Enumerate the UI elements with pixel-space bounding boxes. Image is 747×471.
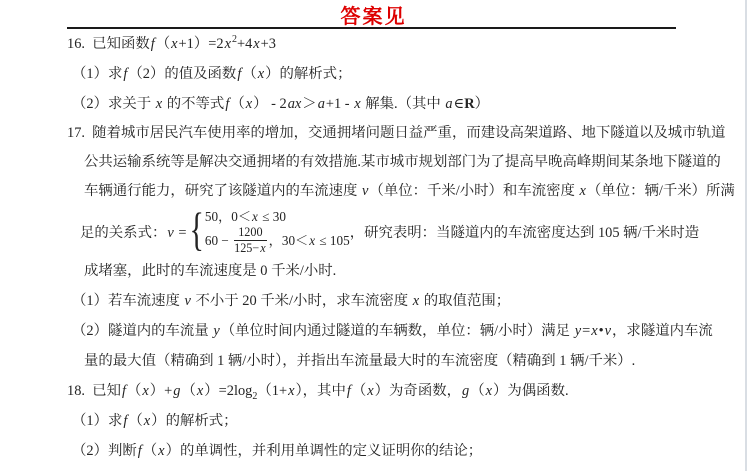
q18-part2: （2）判断f（x）的单调性，并利用单调性的定义证明你的结论； [0,436,747,466]
document-page: 答案见 16. 已知函数f（x+1）=2x2+4x+3 （1）求f（2）的值及函… [0,0,747,471]
q17-formula-case2-post: ，30＜x ≤ 105 [269,231,350,250]
q17-formula-case1: 50，0＜x ≤ 30 [205,207,350,226]
q16-stem: 16. 已知函数f（x+1）=2x2+4x+3 [0,29,747,59]
q17-part2: （2）隧道内的车流量 y（单位时间内通过隧道的车辆数，单位：辆/小时）满足 y=… [0,316,747,346]
q17-stem-line3: 车辆通行能力，研究了该隧道内的车流速度 v（单位：千米/小时）和车流密度 x（单… [0,177,747,206]
q17-part2-line2: 量的最大值（精确到 1 辆/小时），并指出车流量最大时的车流密度（精确到 1 辆… [0,346,747,376]
left-brace-glyph: { [189,208,203,255]
q17-formula-prefix: 足的关系式：v = [80,221,186,242]
q17-stem-line4: 成堵塞，此时的车流速度是 0 千米/小时. [0,256,747,286]
q17-part1: （1）若车流速度 v 不小于 20 千米/小时，求车流密度 x 的取值范围； [0,286,747,316]
q17-stem-line2: 公共运输系统等是解决交通拥堵的有效措施.某市城市规划部门为了提高早晚高峰期间某条… [0,148,747,177]
q17-formula-case2: 60 − 1200 125−x ，30＜x ≤ 105 [205,226,350,255]
q16-part1: （1）求f（2）的值及函数f（x）的解析式； [0,59,747,89]
q17-formula-cases: 50，0＜x ≤ 30 60 − 1200 125−x ，30＜x ≤ 105 [205,207,350,255]
q18-part1: （1）求f（x）的解析式； [0,406,747,436]
q16-part2: （2）求关于 x 的不等式f（x） - 2ax＞a+1 - x 解集.（其中 a… [0,89,747,119]
q17-piecewise-formula: 足的关系式：v = { 50，0＜x ≤ 30 60 − 1200 125−x … [0,206,747,256]
page-title: 答案见 [0,0,747,27]
q17-formula-fraction: 1200 125−x [234,226,267,255]
q18-stem: 18. 已知f（x）+g（x）=2log2（1+x），其中f（x）为奇函数，g（… [0,376,747,406]
fraction-denominator: 125−x [234,241,267,255]
q17-stem-line1: 17. 随着城市居民汽车使用率的增加，交通拥堵问题日益严重，而建设高架道路、地下… [0,119,747,148]
q17-formula-suffix: ，研究表明：当隧道内的车流密度达到 105 辆/千米时造 [350,221,699,242]
fraction-numerator: 1200 [234,226,267,241]
q17-formula-case2-pre: 60 − [205,231,232,250]
